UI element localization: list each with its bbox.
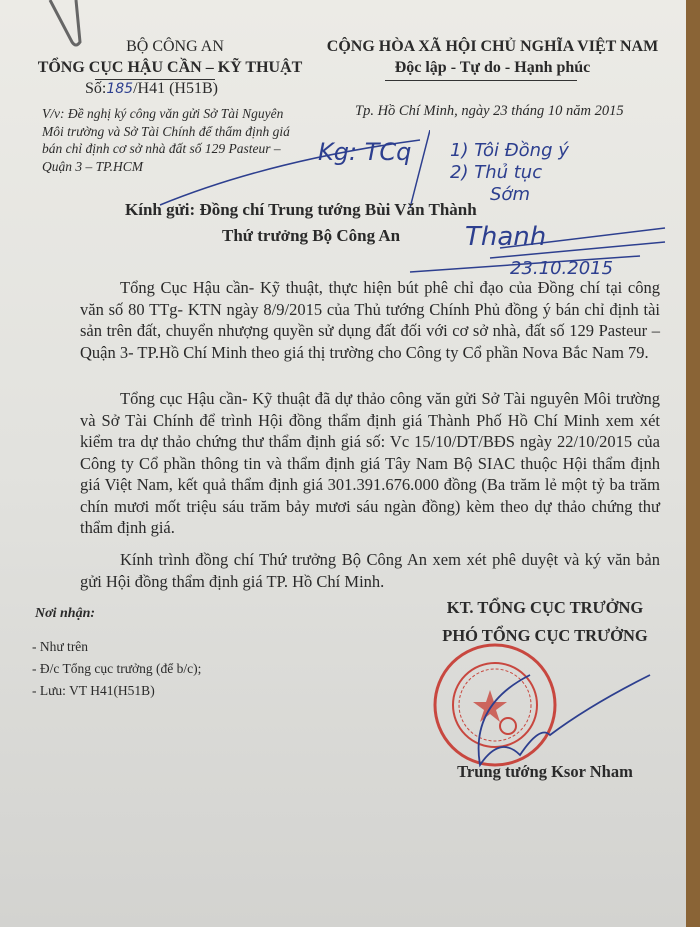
recipient-line-2: Thứ trưởng Bộ Công An — [222, 226, 400, 246]
handwritten-line: 2) Thủ tục — [450, 162, 569, 184]
recipient-item: - Như trên — [32, 636, 201, 658]
paragraph-2: Tổng cục Hậu cần- Kỹ thuật đã dự thảo cô… — [80, 388, 660, 539]
country-name: CỘNG HÒA XÃ HỘI CHỦ NGHĨA VIỆT NAM — [300, 38, 685, 56]
recipients-list: - Như trên - Đ/c Tổng cục trưởng (để b/c… — [32, 636, 201, 702]
paragraph-1: Tổng Cục Hậu cần- Kỹ thuật, thực hiện bú… — [80, 277, 660, 363]
paragraph-3: Kính trình đồng chí Thứ trưởng Bộ Công A… — [80, 549, 660, 592]
handwritten-note-lines: 1) Tôi Đồng ý 2) Thủ tục Sớm — [450, 140, 569, 206]
motto: Độc lập - Tự do - Hạnh phúc — [300, 59, 685, 77]
director-signature — [460, 665, 660, 775]
handwritten-stroke — [150, 130, 430, 210]
recipient-line-1: Kính gửi: Đồng chí Trung tướng Bùi Văn T… — [125, 200, 477, 220]
signature-title-1: KT. TỔNG CỤC TRƯỞNG — [420, 598, 670, 618]
ministry-name: BỘ CÔNG AN — [60, 38, 290, 56]
subject-line: V/v: Đề nghị ký công văn gửi Sở Tài Nguy… — [42, 105, 290, 123]
number-suffix: /H41 (H51B) — [133, 80, 218, 97]
department-name: TỔNG CỤC HẬU CẦN – KỸ THUẬT — [25, 59, 315, 77]
header-rule-right — [385, 80, 577, 81]
number-prefix: Số: — [85, 80, 106, 97]
recipient-item: - Đ/c Tổng cục trưởng (để b/c); — [32, 658, 201, 680]
number-handwritten: 185 — [106, 81, 133, 97]
recipients-title: Nơi nhận: — [35, 606, 95, 622]
place-date: Tp. Hồ Chí Minh, ngày 23 tháng 10 năm 20… — [355, 103, 624, 120]
recipient-item: - Lưu: VT H41(H51B) — [32, 680, 201, 702]
document-number: Số:185/H41 (H51B) — [85, 80, 218, 98]
desk-edge — [686, 0, 700, 927]
signer-name: Trung tướng Ksor Nham — [420, 762, 670, 782]
approval-date: 23.10.2015 — [510, 258, 613, 279]
handwritten-line: 1) Tôi Đồng ý — [450, 140, 569, 162]
